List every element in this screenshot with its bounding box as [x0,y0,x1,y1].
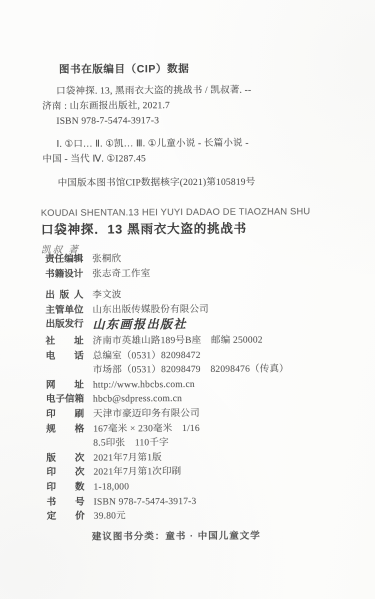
row-label-char: 址 [74,335,84,350]
row-label: 责任编辑 [45,253,83,268]
row-value: 167毫米 × 230毫米 1/16 [93,423,200,434]
page-content: 图书在版编目（CIP）数据 口袋神探. 13, 黑雨衣大盗的挑战书 / 凯叔著.… [0,0,375,599]
category-suggestion: 建议图书分类：童书 · 中国儿童文学 [92,528,261,543]
cip-class-line2: 中国 - 当代 Ⅳ. ①I287.45 [43,151,343,167]
row-label: 社址 [46,335,84,350]
row-value: ISBN 978-7-5474-3917-3 [94,496,197,507]
cip-entry-line1: 口袋神探. 13, 黑雨衣大盗的挑战书 / 凯叔著. -- [56,83,342,100]
row-value: http://www.hbcbs.com.cn [93,380,195,391]
row-label: 印次 [46,466,84,481]
row-label-char: 版 [55,318,65,333]
row-label-char: 社 [46,335,56,350]
row-label: 出版发行 [46,318,84,333]
row-label: 出版人 [45,289,83,304]
row-label-char: 出 [45,289,55,304]
row-label-char: 辑 [74,253,84,268]
row-label-char: 数 [75,481,85,496]
row-label-char: 电 [46,349,56,364]
row-label-char: 籍 [55,267,65,282]
row-label: 网址 [46,378,84,393]
row-label-char: 计 [74,267,84,282]
row-label-char: 人 [74,289,84,304]
row-value: hbcb@sdpress.com.cn [93,394,182,405]
row-value: 2021年7月第1版 [93,453,162,463]
row-extra-line: 市场部（0531）82098479 82098476（传真） [93,362,356,378]
row-label-char: 规 [46,422,56,437]
book-copyright-page: 图书在版编目（CIP）数据 口袋神探. 13, 黑雨衣大盗的挑战书 / 凯叔著.… [0,0,375,599]
publication-row: 定价39.80元 [47,508,357,524]
row-label-char: 网 [46,379,56,394]
row-label: 书籍设计 [45,267,83,282]
row-label-char: 设 [64,267,74,282]
row-label: 印数 [47,481,85,496]
row-extra-line: 8.5印张 110千字 [93,435,356,451]
publication-info-list: 责任编辑张桐欣书籍设计张志奇工作室出版人李文波主管单位山东出版传媒股份有限公司出… [45,251,357,525]
row-label-char: 电 [46,393,56,408]
row-label-char: 定 [47,510,57,525]
row-value: 天津市豪迈印务有限公司 [93,409,200,420]
row-label-char: 址 [74,378,84,393]
row-label-char: 版 [60,289,70,304]
publication-row: 电话总编室（0531）82098472市场部（0531）82098479 820… [46,348,356,379]
row-label-char: 位 [74,303,84,318]
row-label: 主管单位 [45,303,83,318]
row-label-char: 号 [75,495,85,510]
row-label-char: 单 [64,303,74,318]
row-label: 电话 [46,349,84,364]
row-value: 总编室（0531）82098472 [93,351,201,362]
row-label-char: 印 [47,481,57,496]
row-value: 1-18,000 [94,482,130,492]
cip-classification: Ⅰ. ①口… Ⅱ. ①凯… Ⅲ. ①儿童小说 - 长篇小说 - 中国 - 当代 … [42,136,342,167]
row-label: 书号 [47,495,85,510]
book-title-pinyin: KOUDAI SHENTAN.13 HEI YUYI DADAO DE TIAO… [41,206,351,218]
row-label-char: 箱 [75,393,85,408]
row-label-char: 责 [45,253,55,268]
row-value: 2021年7月第1次印刷 [93,467,181,478]
row-label-char: 价 [75,510,85,525]
cip-isbn-line: ISBN 978-7-5474-3917-3 [56,113,342,130]
row-label-char: 出 [46,318,56,333]
row-label-char: 次 [75,466,85,481]
book-title: 口袋神探．13 黑雨衣大盗的挑战书 [41,218,351,238]
row-label-char: 格 [75,422,85,437]
row-label-char: 任 [55,253,65,268]
row-label: 电子信箱 [46,393,84,408]
row-value: 39.80元 [94,511,126,521]
publication-row: 规格167毫米 × 230毫米 1/168.5印张 110千字 [46,421,356,452]
cip-heading: 图书在版编目（CIP）数据 [59,61,189,77]
row-label: 版次 [46,451,84,466]
cip-record-number: 中国版本图书馆CIP数据核字(2021)第105819号 [58,174,256,189]
row-label-char: 刷 [75,408,85,423]
row-label-char: 印 [46,466,56,481]
publication-row: 出版发行山东画报出版社 [46,316,356,334]
row-label: 印刷 [46,408,84,423]
row-label-char: 印 [46,408,56,423]
row-value: 张桐欣 [92,254,121,264]
cip-entry-paragraph: 口袋神探. 13, 黑雨衣大盗的挑战书 / 凯叔著. -- 济南 : 山东画报出… [42,83,342,130]
row-label-char: 编 [64,253,74,268]
row-label-char: 书 [47,495,57,510]
row-value: 李文波 [92,291,121,301]
row-label-char: 子 [55,393,65,408]
row-label-char: 主 [45,304,55,319]
row-label-char: 发 [65,318,75,333]
publication-row: 书籍设计张志奇工作室 [45,266,355,282]
row-label-char: 书 [45,267,55,282]
title-block: KOUDAI SHENTAN.13 HEI YUYI DADAO DE TIAO… [41,206,351,256]
row-value: 山东出版传媒股份有限公司 [92,305,208,316]
row-value: 济南市英雄山路189号B座 邮编 250002 [93,336,263,347]
publisher-calligraphy-logo: 山东画报出版社 [93,317,188,332]
row-label-char: 管 [55,304,65,319]
row-label-char: 话 [74,349,84,364]
row-value: 张志奇工作室 [92,269,150,279]
row-label: 规格 [46,422,84,437]
row-label-char: 行 [74,318,84,333]
row-label-char: 次 [75,451,85,466]
row-label-char: 版 [46,452,56,467]
row-label-char: 信 [65,393,75,408]
row-label: 定价 [47,510,85,525]
